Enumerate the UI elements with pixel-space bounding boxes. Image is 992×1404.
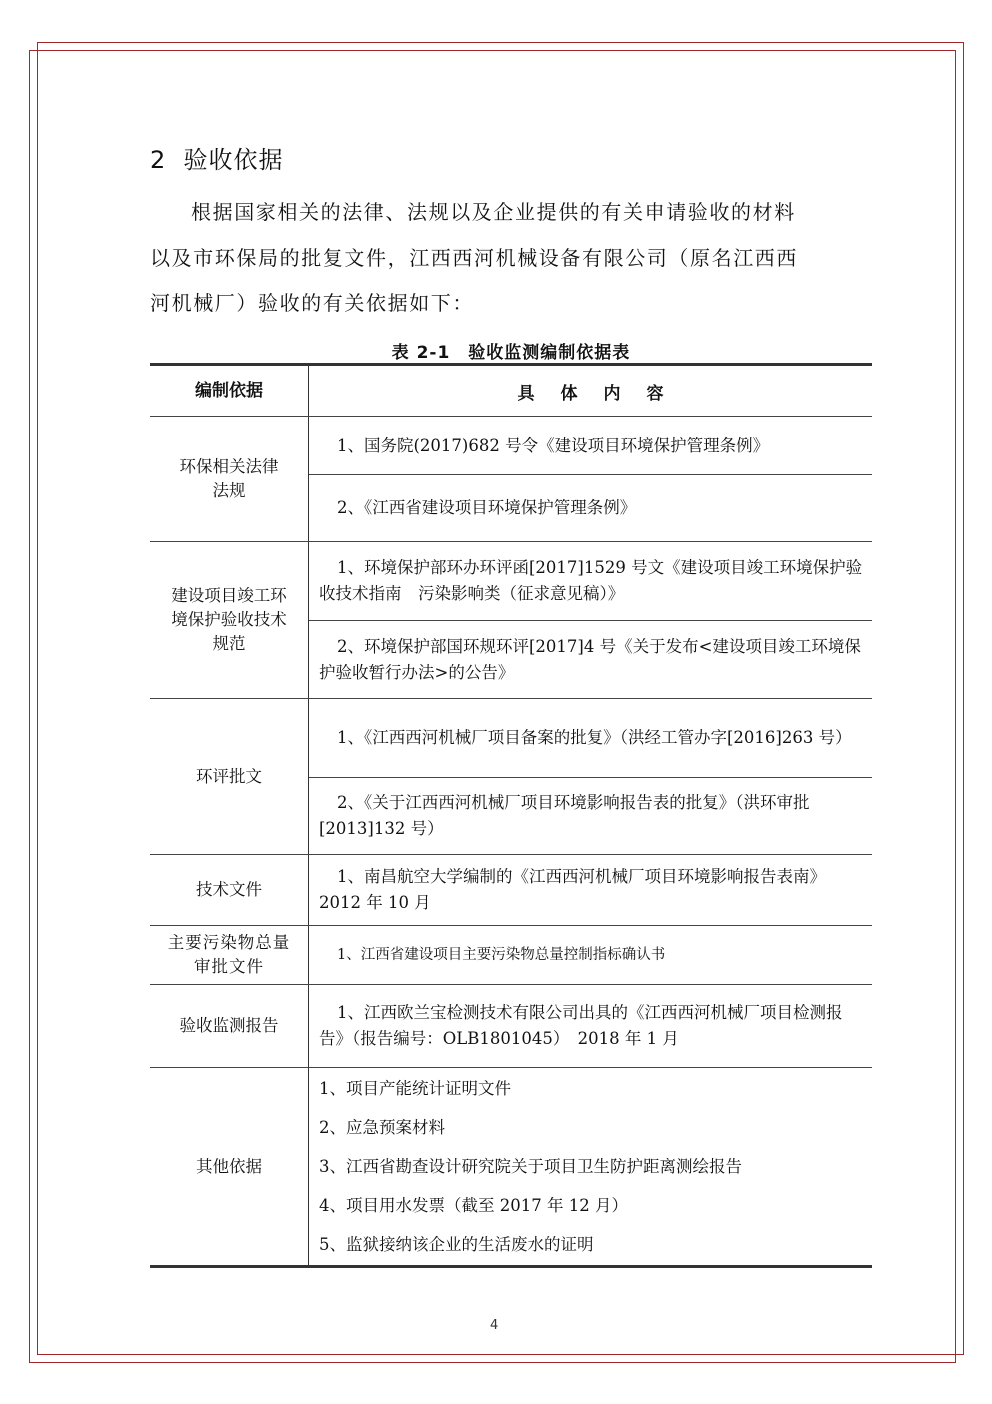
table-row: 验收监测报告 1、江西欧兰宝检测技术有限公司出具的《江西西河机械厂项目检测报告》… bbox=[150, 985, 872, 1068]
table-row: 建设项目竣工环境保护验收技术规范 1、环境保护部环办环评函[2017]1529 … bbox=[150, 542, 872, 621]
table-row: 环保相关法律法规 1、国务院(2017)682 号令《建设项目环境保护管理条例》 bbox=[150, 417, 872, 475]
intro-line: 河机械厂）验收的有关依据如下： bbox=[150, 281, 850, 327]
table-header-row: 编制依据 具体内容 bbox=[150, 365, 872, 417]
content-cell: 1、江西欧兰宝检测技术有限公司出具的《江西西河机械厂项目检测报告》（报告编号：O… bbox=[309, 985, 873, 1068]
content-cell: 2、《江西省建设项目环境保护管理条例》 bbox=[309, 475, 873, 542]
content-cell: 1、南昌航空大学编制的《江西西河机械厂项目环境影响报告表南》 2012 年 10… bbox=[309, 855, 873, 926]
table-row: 技术文件 1、南昌航空大学编制的《江西西河机械厂项目环境影响报告表南》 2012… bbox=[150, 855, 872, 926]
section-title: 验收依据 bbox=[184, 146, 284, 174]
list-item: 4、项目用水发票（截至 2017 年 12 月） bbox=[319, 1186, 864, 1225]
category-cell: 主要污染物总量审批文件 bbox=[150, 926, 309, 985]
content-cell: 1、江西省建设项目主要污染物总量控制指标确认书 bbox=[309, 926, 873, 985]
list-item: 1、项目产能统计证明文件 bbox=[319, 1069, 864, 1108]
intro-line: 以及市环保局的批复文件，江西西河机械设备有限公司（原名江西西 bbox=[150, 236, 850, 282]
content-cell: 2、环境保护部国环规环评[2017]4 号《关于发布<建设项目竣工环境保护验收暂… bbox=[309, 621, 873, 699]
table-row: 主要污染物总量审批文件 1、江西省建设项目主要污染物总量控制指标确认书 bbox=[150, 926, 872, 985]
content-cell: 1、国务院(2017)682 号令《建设项目环境保护管理条例》 bbox=[309, 417, 873, 475]
table-caption: 表 2-1 验收监测编制依据表 bbox=[150, 338, 872, 363]
content-cell: 1、项目产能统计证明文件 2、应急预案材料 3、江西省勘查设计研究院关于项目卫生… bbox=[309, 1068, 873, 1267]
intro-paragraph: 根据国家相关的法律、法规以及企业提供的有关申请验收的材料 以及市环保局的批复文件… bbox=[150, 190, 850, 327]
category-cell: 建设项目竣工环境保护验收技术规范 bbox=[150, 542, 309, 699]
list-item: 3、江西省勘查设计研究院关于项目卫生防护距离测绘报告 bbox=[319, 1147, 864, 1186]
section-number: 2 bbox=[150, 146, 166, 174]
header-basis: 编制依据 bbox=[150, 365, 309, 417]
category-cell: 验收监测报告 bbox=[150, 985, 309, 1068]
intro-line: 根据国家相关的法律、法规以及企业提供的有关申请验收的材料 bbox=[150, 190, 850, 236]
table-row: 其他依据 1、项目产能统计证明文件 2、应急预案材料 3、江西省勘查设计研究院关… bbox=[150, 1068, 872, 1267]
section-heading: 2 验收依据 bbox=[150, 140, 284, 175]
list-item: 2、应急预案材料 bbox=[319, 1108, 864, 1147]
header-content: 具体内容 bbox=[309, 365, 873, 417]
category-cell: 其他依据 bbox=[150, 1068, 309, 1267]
table-row: 环评批文 1、《江西西河机械厂项目备案的批复》（洪经工管办字[2016]263 … bbox=[150, 699, 872, 778]
category-cell: 技术文件 bbox=[150, 855, 309, 926]
content-cell: 2、《关于江西西河机械厂项目环境影响报告表的批复》（洪环审批[2013]132 … bbox=[309, 778, 873, 855]
content-cell: 1、环境保护部环办环评函[2017]1529 号文《建设项目竣工环境保护验收技术… bbox=[309, 542, 873, 621]
basis-table: 编制依据 具体内容 环保相关法律法规 1、国务院(2017)682 号令《建设项… bbox=[150, 363, 872, 1268]
content-cell: 1、《江西西河机械厂项目备案的批复》（洪经工管办字[2016]263 号） bbox=[309, 699, 873, 778]
page-number: 4 bbox=[490, 1318, 498, 1333]
list-item: 5、监狱接纳该企业的生活废水的证明 bbox=[319, 1225, 864, 1264]
category-cell: 环评批文 bbox=[150, 699, 309, 855]
category-cell: 环保相关法律法规 bbox=[150, 417, 309, 542]
